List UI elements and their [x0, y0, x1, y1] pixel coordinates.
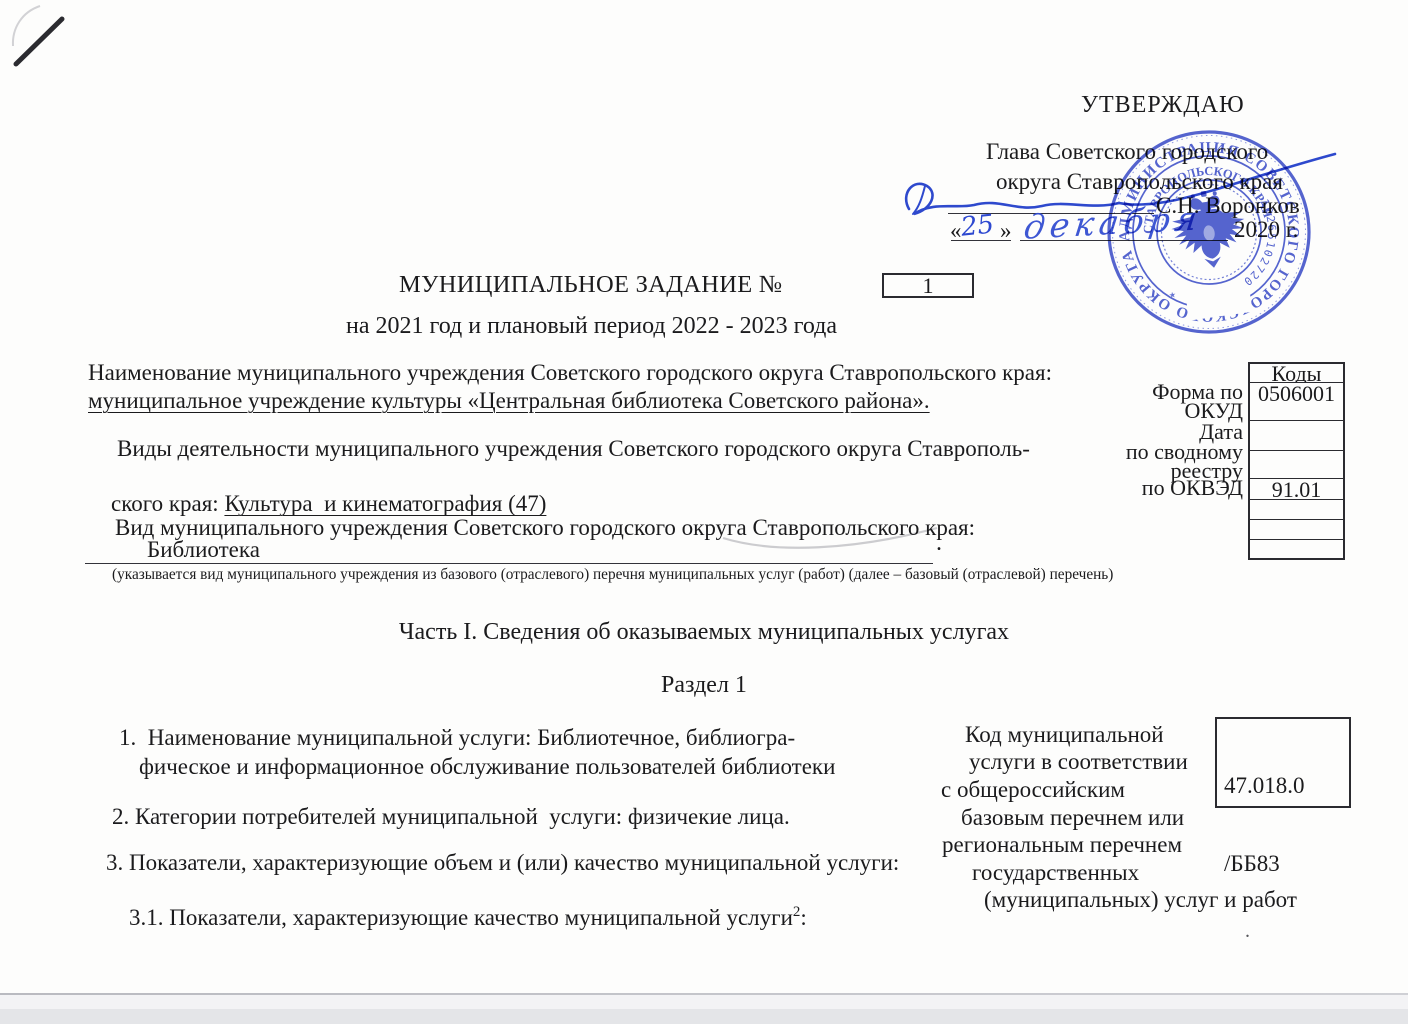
- item3-1: 3.1. Показатели, характеризующие качеств…: [106, 878, 807, 958]
- scanned-municipal-task-document: . УТВЕРЖДАЮ Глава Советского городского …: [0, 0, 1408, 1024]
- codes-label-okved: по ОКВЭД: [1142, 477, 1243, 499]
- activity-prefix: ского края:: [111, 491, 224, 516]
- type-footnote: (указывается вид муниципального учрежден…: [112, 566, 1113, 584]
- round-seal-stamp: АДМИНИСТРАЦИЯ СОВЕТСКОГО ГОРОДСКОГО ОКРУ…: [1104, 127, 1314, 337]
- codes-header-cell: Коды: [1250, 364, 1343, 382]
- service-code-label-line4: базовым перечнем или: [961, 805, 1184, 831]
- item1-line1: 1. Наименование муниципальной услуги: Би…: [119, 725, 795, 751]
- svg-text:★: ★: [1168, 290, 1176, 300]
- scan-bottom-shadow: [0, 1009, 1408, 1024]
- corner-pen-mark-icon: [0, 0, 130, 100]
- document-subtitle: на 2021 год и плановый период 2022 - 202…: [346, 313, 837, 341]
- item3-1-text: 3.1. Показатели, характеризующие качеств…: [129, 905, 793, 930]
- codes-date-cell: [1250, 420, 1343, 450]
- task-number: 1: [923, 273, 934, 299]
- activity-label-line1: Виды деятельности муниципального учрежде…: [117, 436, 1030, 462]
- task-number-box: 1: [882, 273, 974, 298]
- part1-heading: Часть I. Сведения об оказываемых муницип…: [0, 619, 1408, 647]
- scan-bottom-band: [0, 995, 1408, 1009]
- institution-name-value: муниципальное учреждение культуры «Центр…: [88, 388, 930, 414]
- item3-1-colon: :: [800, 905, 806, 930]
- service-code-value-line2: /ББ83: [1224, 851, 1342, 877]
- item2: 2. Категории потребителей муниципальной …: [112, 804, 790, 830]
- codes-empty-cell-1: [1250, 499, 1343, 519]
- double-headed-eagle-icon: [1167, 186, 1251, 273]
- codes-okved-cell: 91.01: [1250, 478, 1343, 499]
- codes-okud-cell: 0506001: [1250, 382, 1343, 420]
- item1-line2: фическое и информационное обслуживание п…: [139, 754, 835, 780]
- section1-heading: Раздел 1: [0, 672, 1408, 700]
- institution-type-value: Библиотека: [147, 537, 260, 563]
- service-code-label-line3: с общероссийским: [941, 777, 1125, 803]
- service-code-box: 47.018.0 /ББ83: [1215, 717, 1351, 808]
- codes-empty-cell-2: [1250, 519, 1343, 539]
- codes-registry-cell: [1250, 450, 1343, 478]
- service-code-label-line1: Код муниципальной: [965, 722, 1164, 748]
- service-code-label-line2: услуги в соответствии: [969, 749, 1188, 775]
- activity-value: Культура и кинематография (47): [224, 491, 546, 516]
- service-code-label-line6: государственных: [972, 860, 1139, 886]
- institution-name-label: Наименование муниципального учреждения С…: [88, 360, 1052, 386]
- codes-table: Коды 0506001 91.01: [1248, 362, 1345, 560]
- item3: 3. Показатели, характеризующие объем и (…: [106, 850, 899, 876]
- service-code-label-line5: региональным перечнем: [942, 832, 1182, 858]
- document-title: МУНИЦИПАЛЬНОЕ ЗАДАНИЕ №: [399, 271, 783, 299]
- type-trailing-period: .: [936, 530, 942, 558]
- codes-empty-cell-3: [1250, 539, 1343, 558]
- approve-label: УТВЕРЖДАЮ: [1081, 92, 1245, 120]
- scan-edge-line: [0, 993, 1408, 995]
- service-code-value-line1: 47.018.0: [1224, 773, 1342, 799]
